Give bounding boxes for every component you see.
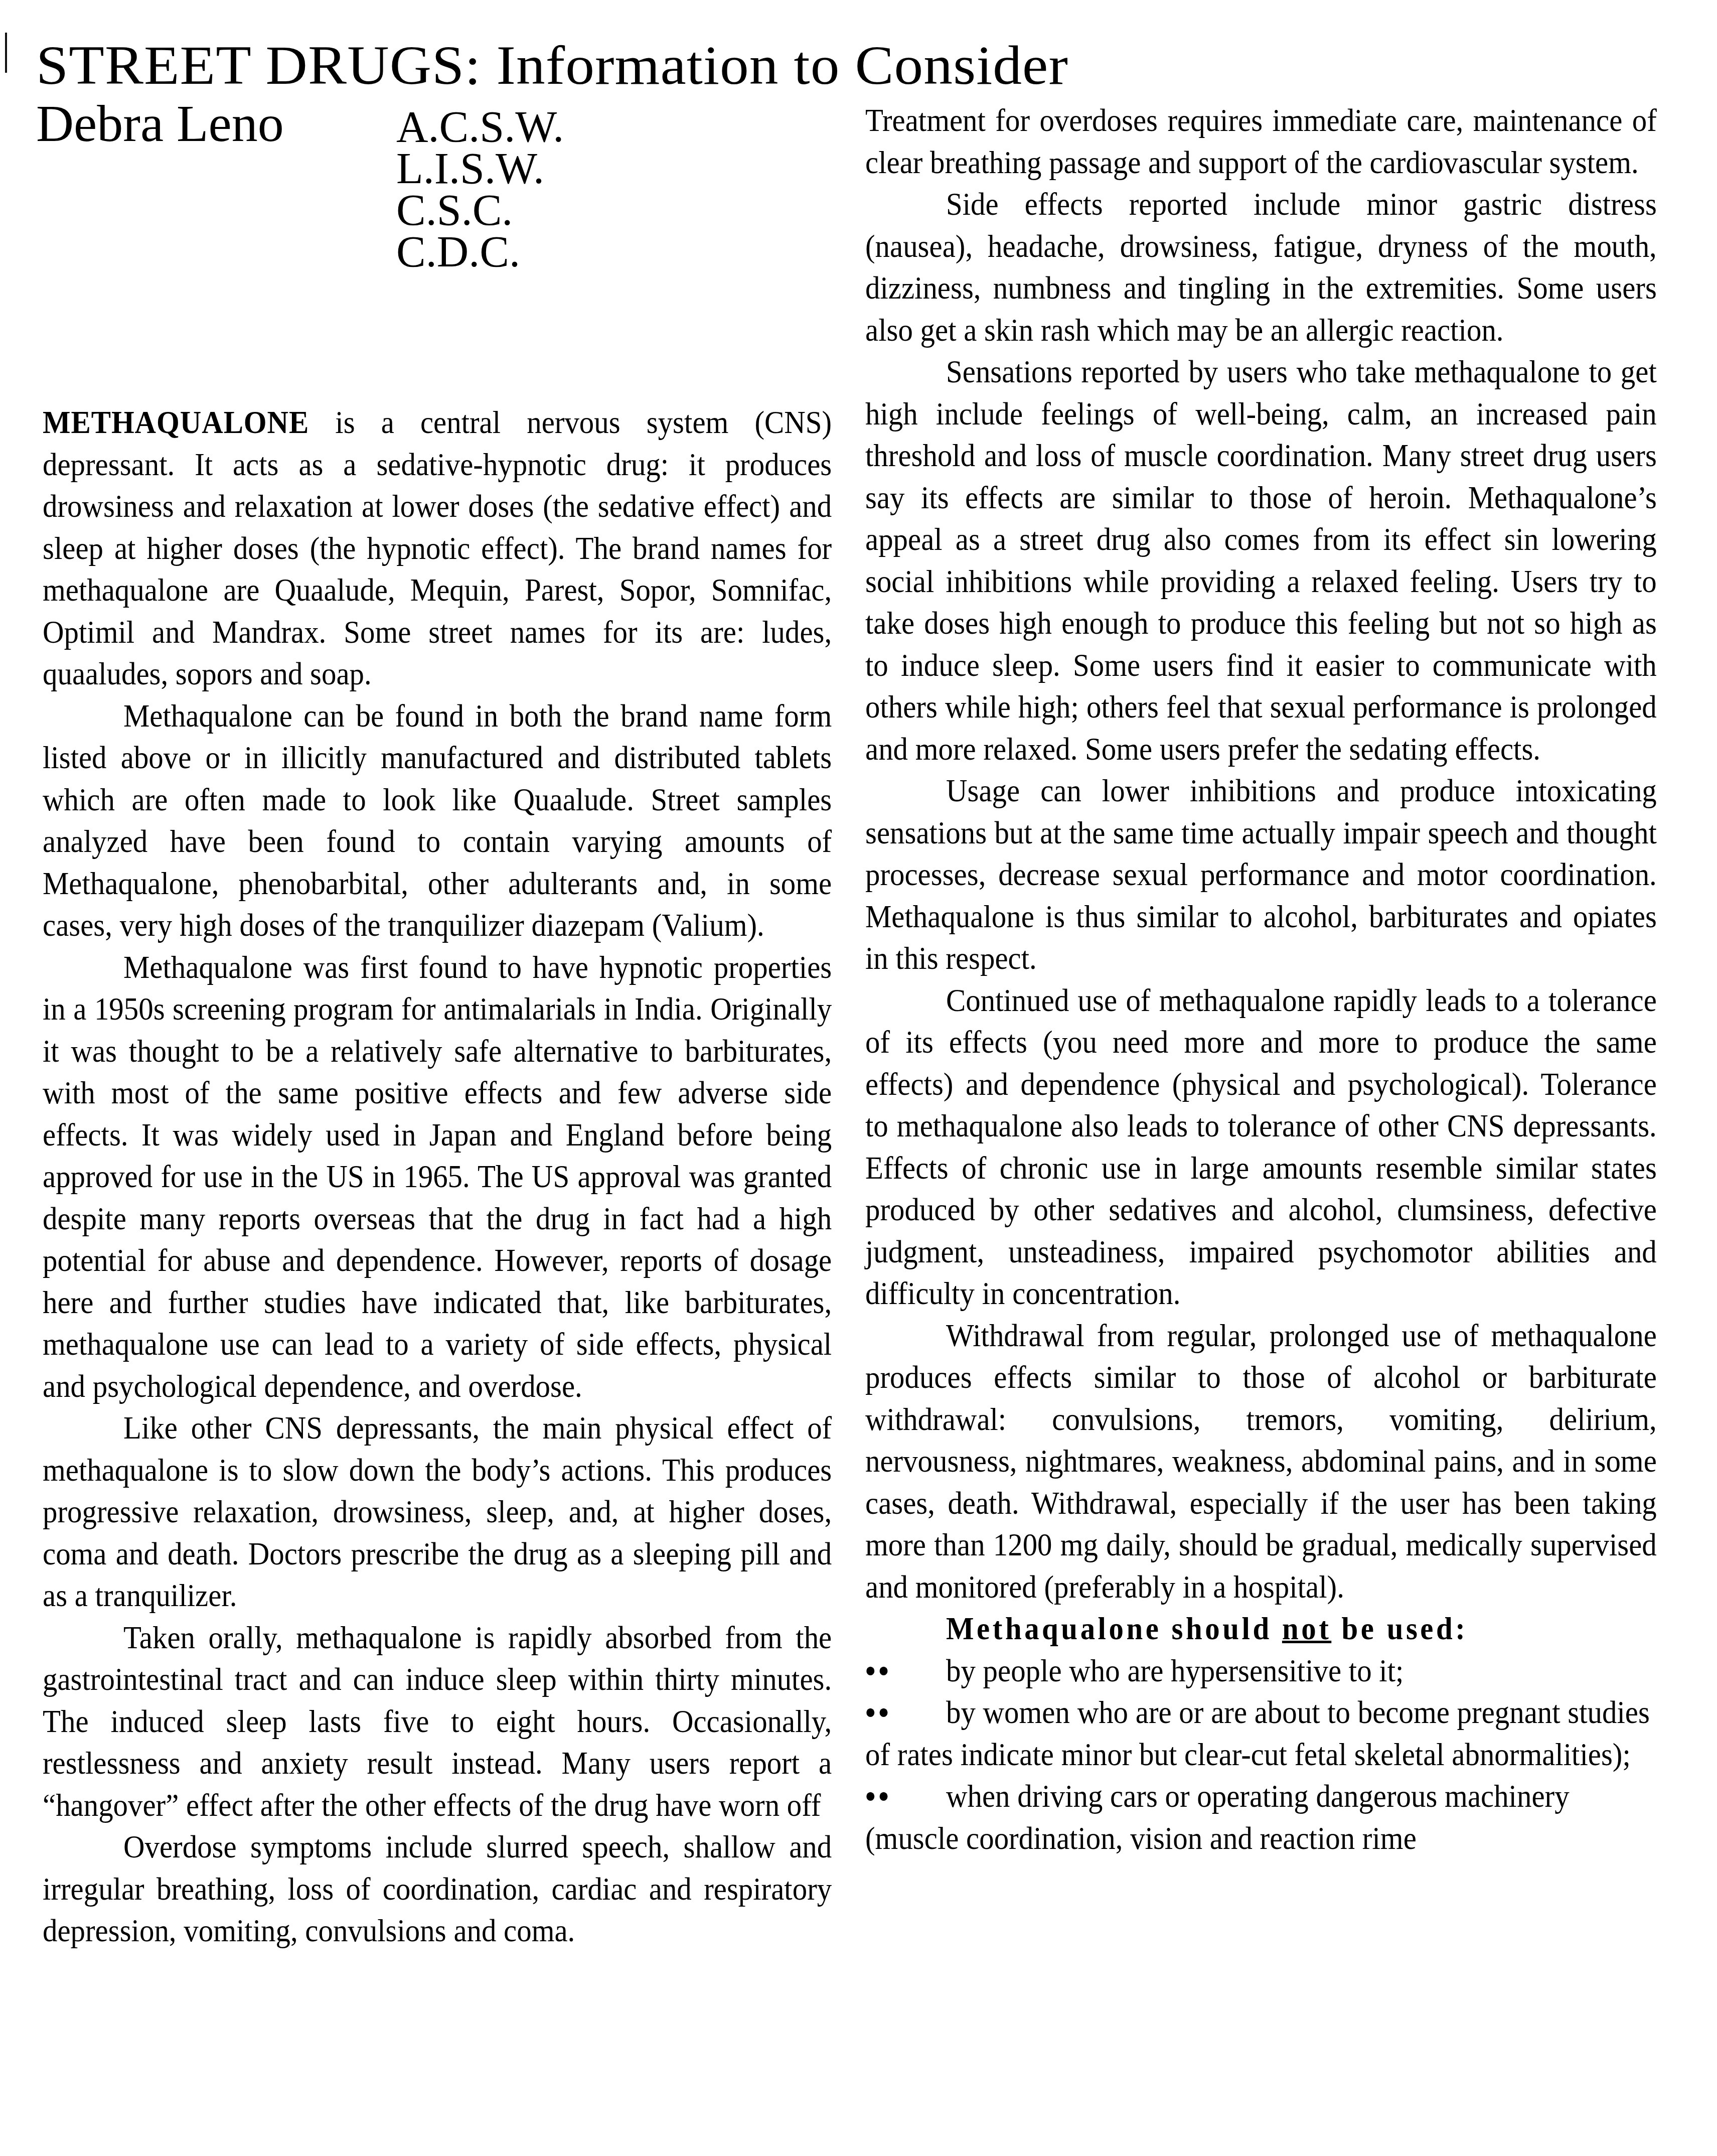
document-title: STREET DRUGS: Information to Consider: [36, 35, 1068, 95]
lead-term: METHAQUALONE: [43, 404, 309, 440]
warning-heading: Methaqualone should not be used:: [865, 1608, 1657, 1650]
body-paragraph: Usage can lower inhibitions and produce …: [865, 770, 1657, 979]
credential: C.D.C.: [396, 231, 564, 273]
body-paragraph: Side effects reported include minor gast…: [865, 183, 1657, 351]
body-paragraph: Methaqualone was first found to have hyp…: [43, 946, 832, 1407]
credential: A.C.S.W.: [396, 106, 564, 148]
intro-text: is a central nervous system (CNS) depres…: [43, 404, 832, 691]
body-paragraph: Withdrawal from regular, prolonged use o…: [865, 1315, 1657, 1608]
body-paragraph: Treatment for overdoses requires immedia…: [865, 99, 1657, 183]
body-paragraph: Continued use of methaqualone rapidly le…: [865, 979, 1657, 1315]
credential: L.I.S.W.: [396, 148, 564, 190]
bullet-icon: ••: [865, 1775, 946, 1817]
author-name: Debra Leno: [36, 96, 284, 152]
scan-margin-mark: [5, 33, 7, 73]
warning-item: ••when driving cars or operating dangero…: [865, 1775, 1657, 1859]
warning-item: ••by people who are hypersensitive to it…: [865, 1650, 1657, 1692]
bullet-icon: ••: [865, 1650, 946, 1692]
credential: C.S.C.: [396, 190, 564, 231]
left-column: METHAQUALONE is a central nervous system…: [43, 401, 832, 1952]
emphasis-not: not: [1282, 1611, 1331, 1646]
body-paragraph: Taken orally, methaqualone is rapidly ab…: [43, 1617, 832, 1826]
warning-item: ••by women who are or are about to becom…: [865, 1691, 1657, 1775]
right-column: Treatment for overdoses requires immedia…: [865, 99, 1657, 1859]
body-paragraph: Sensations reported by users who take me…: [865, 351, 1657, 770]
author-credentials: A.C.S.W. L.I.S.W. C.S.C. C.D.C.: [396, 106, 564, 273]
body-paragraph: Methaqualone can be found in both the br…: [43, 695, 832, 946]
bullet-icon: ••: [865, 1691, 946, 1734]
intro-paragraph: METHAQUALONE is a central nervous system…: [43, 401, 832, 695]
body-paragraph: Overdose symptoms include slurred speech…: [43, 1826, 832, 1952]
body-paragraph: Like other CNS depressants, the main phy…: [43, 1407, 832, 1617]
